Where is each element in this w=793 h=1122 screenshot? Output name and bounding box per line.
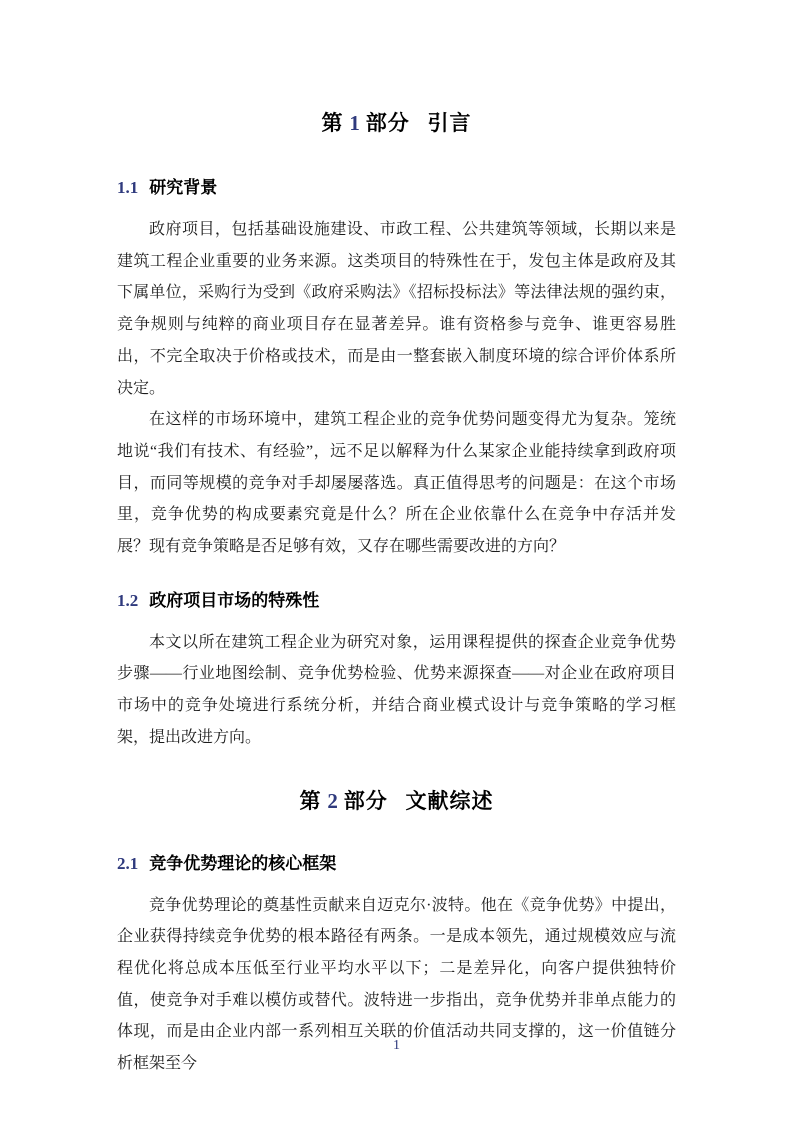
chapter-2-number: 2: [327, 789, 338, 813]
chapter-2-label-pre: 第: [299, 789, 321, 813]
section-2-1-title-text: 竞争优势理论的核心框架: [149, 854, 336, 873]
chapter-1-label-post: 部分: [366, 111, 410, 135]
section-2-1-heading: 2.1竞争优势理论的核心框架: [117, 852, 676, 876]
chapter-1-title-text: 引言: [428, 111, 472, 135]
chapter-1-number: 1: [349, 111, 360, 135]
section-1-1-heading: 1.1研究背景: [117, 176, 676, 200]
chapter-1-label-pre: 第: [321, 111, 343, 135]
section-1-2-heading: 1.2政府项目市场的特殊性: [117, 589, 676, 613]
section-1-1-number: 1.1: [117, 178, 138, 197]
section-2-1-number: 2.1: [117, 854, 138, 873]
chapter-2-title: 第2部分文献综述: [117, 786, 676, 816]
page-number: 1: [0, 1036, 793, 1056]
section-1-2-number: 1.2: [117, 591, 138, 610]
document-page: 第1部分引言 1.1研究背景 政府项目，包括基础设施建设、市政工程、公共建筑等领…: [0, 0, 793, 1122]
paragraph-1-1-b: 在这样的市场环境中，建筑工程企业的竞争优势问题变得尤为复杂。笼统地说“我们有技术…: [117, 404, 676, 563]
paragraph-1-1-a: 政府项目，包括基础设施建设、市政工程、公共建筑等领域，长期以来是建筑工程企业重要…: [117, 214, 676, 404]
paragraph-1-2-a: 本文以所在建筑工程企业为研究对象，运用课程提供的探查企业竞争优势步骤——行业地图…: [117, 627, 676, 754]
section-1-1-title-text: 研究背景: [149, 178, 217, 197]
chapter-2-title-text: 文献综述: [406, 789, 494, 813]
chapter-2-label-post: 部分: [344, 789, 388, 813]
section-1-2-title-text: 政府项目市场的特殊性: [149, 591, 319, 610]
chapter-1-title: 第1部分引言: [117, 108, 676, 138]
